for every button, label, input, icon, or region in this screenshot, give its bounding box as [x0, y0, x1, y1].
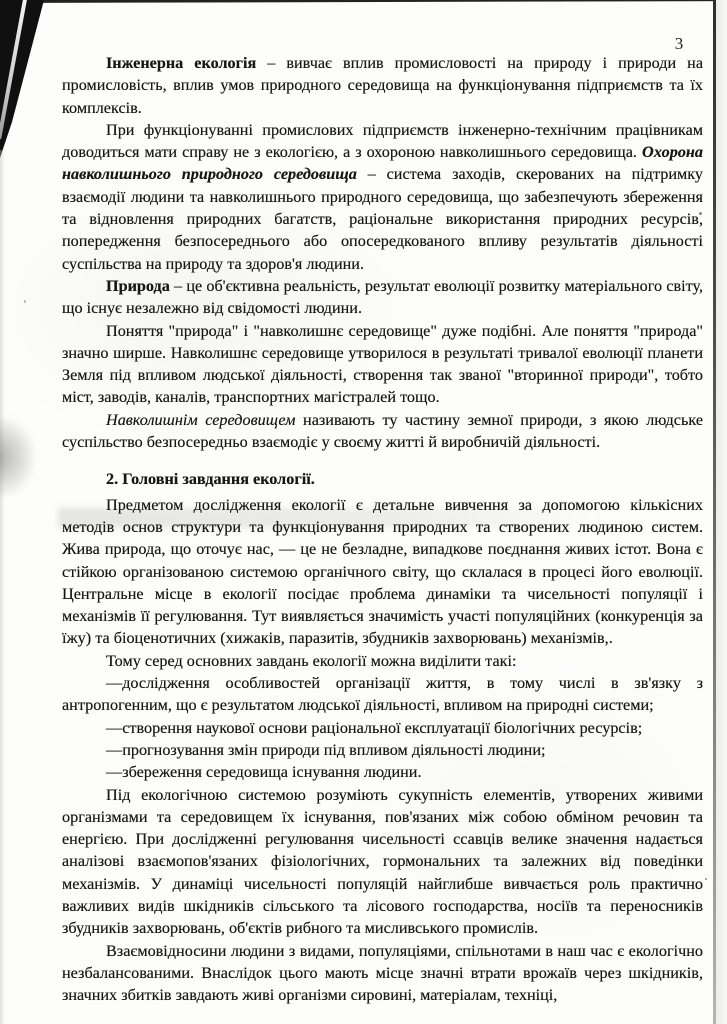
text-block: Інженерна екологія – вивчає вплив промис…: [62, 52, 703, 1006]
text-run: Предметом дослідження екології є детальн…: [62, 496, 703, 648]
scan-right-gutter: [716, 0, 727, 1024]
paragraph: —створення наукової основи раціональної …: [62, 717, 703, 739]
text-run: Тому серед основних завдань екології мож…: [106, 652, 517, 670]
text-run: Інженерна екологія: [106, 54, 256, 72]
text-run: —прогнозування змін природи під впливом …: [106, 741, 546, 759]
text-run: —створення наукової основи раціональної …: [106, 719, 642, 737]
paragraph: Навколишнім середовищем називають ту час…: [62, 409, 703, 454]
paragraph: Предметом дослідження екології є детальн…: [62, 494, 703, 650]
paragraph: —прогнозування змін природи під впливом …: [62, 739, 703, 761]
text-run: Навколишнім середовищем: [106, 411, 295, 429]
scan-left-edge: [0, 150, 5, 1024]
page-number: 3: [664, 34, 694, 54]
text-run: Поняття "природа" і "навколишнє середови…: [62, 322, 703, 407]
paragraph: Тому серед основних завдань екології мож…: [62, 650, 703, 672]
scanned-page: 3 Інженерна екологія – вивчає вплив пром…: [0, 0, 727, 1024]
paragraph: Поняття "природа" і "навколишнє середови…: [62, 320, 703, 409]
scan-speck: [705, 878, 707, 880]
text-run: Під екологічною системою розуміють сукуп…: [62, 786, 703, 938]
text-run: —дослідження особливостей організації жи…: [62, 674, 703, 714]
paragraph: При функціонуванні промислових підприємс…: [62, 119, 703, 275]
section-heading: 2. Головні завдання екології.: [62, 468, 703, 490]
text-run: 2. Головні завдання екології.: [106, 470, 315, 488]
text-run: —збереження середовища існування людини.: [106, 763, 422, 781]
paragraph: Інженерна екологія – вивчає вплив промис…: [62, 52, 703, 119]
paragraph: Взаємовідносини людини з видами, популяц…: [62, 940, 703, 1007]
scan-left-smudge: [0, 418, 34, 496]
paragraph: Природа – це об'єктивна реальність, резу…: [62, 275, 703, 320]
scan-speck: [24, 300, 26, 303]
scan-top-edge: [0, 0, 727, 3]
text-run: При функціонуванні промислових підприємс…: [62, 121, 703, 161]
paragraph: —збереження середовища існування людини.: [62, 761, 703, 783]
paragraph: Під екологічною системою розуміють сукуп…: [62, 784, 703, 940]
text-run: Взаємовідносини людини з видами, популяц…: [62, 942, 703, 1005]
text-run: Природа: [106, 277, 170, 295]
paragraph: —дослідження особливостей організації жи…: [62, 672, 703, 717]
